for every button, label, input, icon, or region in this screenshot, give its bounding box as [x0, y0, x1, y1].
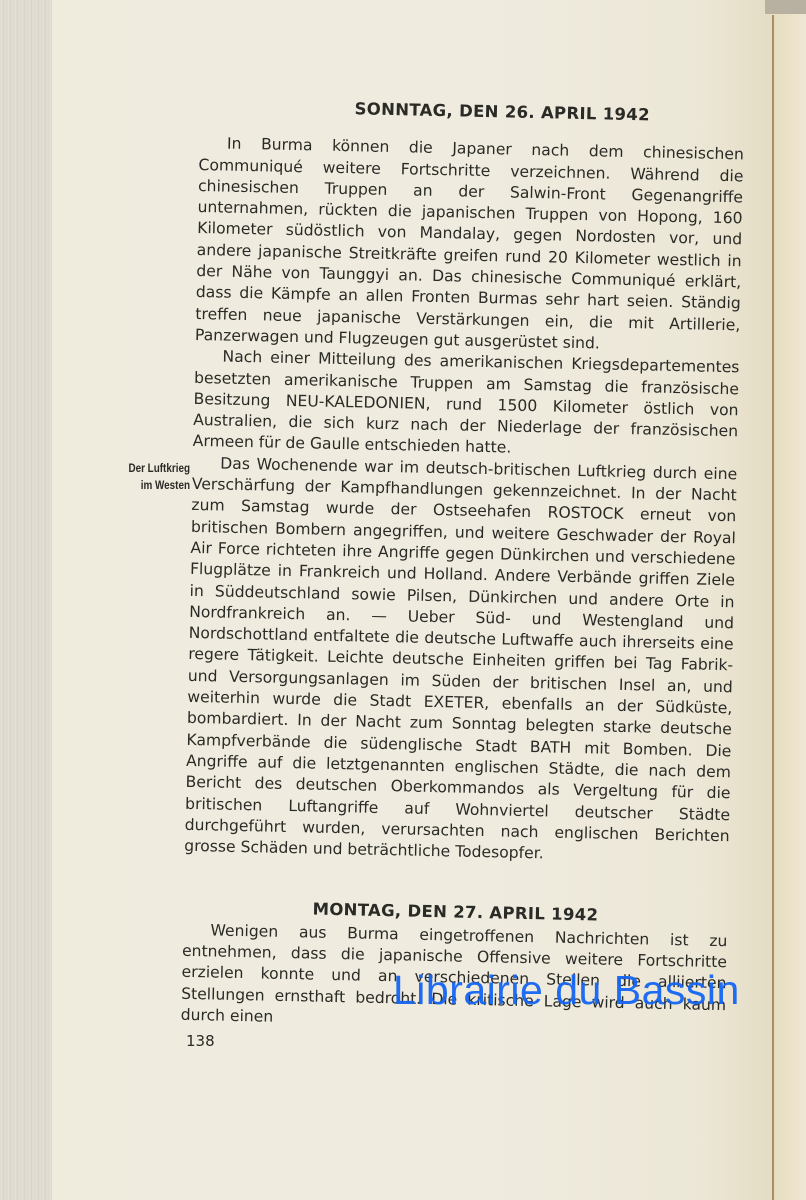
watermark-text: Librairie du Bassin — [393, 967, 740, 1014]
paragraph-air-war: Das Wochenende war im deutsch-britischen… — [184, 453, 737, 869]
background-surface — [765, 0, 806, 14]
margin-note-line-1: Der Luftkrieg — [123, 461, 190, 478]
margin-note-line-2: im Westen — [123, 478, 190, 495]
page-number: 138 — [186, 1032, 215, 1050]
margin-note: Der Luftkrieg im Westen — [123, 461, 190, 495]
paragraph-burma: In Burma können die Japaner nach dem chi… — [195, 133, 744, 357]
page-content: SONNTAG, DEN 26. APRIL 1942 In Burma kön… — [180, 95, 744, 1037]
paragraph-new-caledonia: Nach einer Mitteilung des amerikanischen… — [193, 346, 740, 464]
page-gutter — [772, 15, 774, 1200]
page-stack-edge — [0, 0, 53, 1200]
facing-page-edge — [774, 0, 806, 1200]
